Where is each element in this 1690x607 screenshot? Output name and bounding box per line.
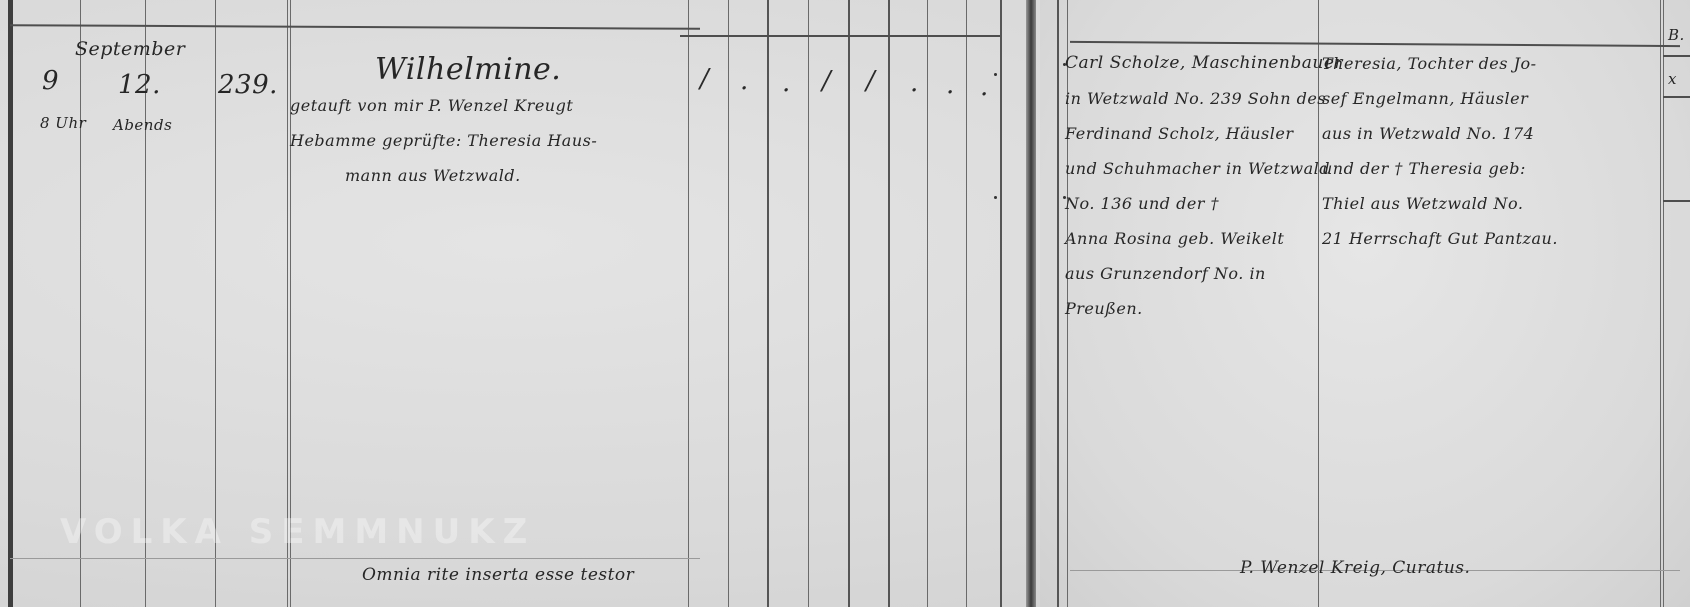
mother-line: 21 Herrschaft Gut Pantzau. bbox=[1322, 221, 1558, 256]
register-scan: VOLKA SEMMNUKZ September 9 8 Uhr 12. Abe… bbox=[0, 0, 1690, 607]
father-line: aus Grunzendorf No. in bbox=[1065, 256, 1343, 291]
month-label: September bbox=[75, 38, 185, 60]
father-line: Anna Rosina geb. Weikelt bbox=[1065, 221, 1343, 256]
column-rule bbox=[1057, 0, 1059, 607]
header-rule bbox=[680, 35, 1000, 37]
father-line: Ferdinand Scholz, Häusler bbox=[1065, 116, 1343, 151]
father-entry: Carl Scholze, Maschinenbauer in Wetzwald… bbox=[1065, 46, 1343, 326]
father-line: No. 136 und der † bbox=[1065, 186, 1343, 221]
column-mark: . bbox=[980, 72, 988, 102]
baptism-note-line: mann aus Wetzwald. bbox=[290, 158, 597, 193]
column-mark: / bbox=[866, 66, 875, 96]
margin-rule bbox=[1663, 200, 1690, 202]
book-gutter bbox=[1026, 0, 1036, 607]
column-mark: . bbox=[946, 70, 954, 100]
baptism-day: 12. bbox=[118, 70, 161, 100]
column-rule bbox=[728, 0, 729, 607]
column-rule bbox=[688, 0, 689, 607]
column-rule bbox=[966, 0, 967, 607]
father-line: Carl Scholze, Maschinenbauer bbox=[1065, 46, 1343, 81]
column-mark: . bbox=[782, 68, 790, 98]
left-margin-rule bbox=[8, 0, 13, 607]
child-name: Wilhelmine. bbox=[375, 52, 561, 87]
father-line: in Wetzwald No. 239 Sohn des bbox=[1065, 81, 1343, 116]
attestation-text: Omnia rite inserta esse testor bbox=[362, 565, 634, 585]
column-rule bbox=[927, 0, 928, 607]
baptism-note: getauft von mir P. Wenzel Kreugt Hebamme… bbox=[290, 88, 597, 193]
ink-speck bbox=[1063, 196, 1066, 199]
ink-speck bbox=[1063, 63, 1066, 66]
baptism-note-line: getauft von mir P. Wenzel Kreugt bbox=[290, 88, 597, 123]
column-rule bbox=[1663, 0, 1664, 607]
mother-entry: Theresia, Tochter des Jo- sef Engelmann,… bbox=[1322, 46, 1558, 256]
column-rule bbox=[1660, 0, 1661, 607]
column-rule bbox=[888, 0, 890, 607]
birth-time: 8 Uhr bbox=[40, 114, 86, 132]
baptism-time: Abends bbox=[113, 116, 172, 134]
mother-line: und der † Theresia geb: bbox=[1322, 151, 1558, 186]
ink-speck bbox=[994, 73, 997, 76]
margin-rule bbox=[1663, 55, 1690, 57]
mother-line: Thiel aus Wetzwald No. bbox=[1322, 186, 1558, 221]
archive-watermark: VOLKA SEMMNUKZ bbox=[60, 512, 535, 552]
father-line: und Schuhmacher in Wetzwald bbox=[1065, 151, 1343, 186]
mother-line: aus in Wetzwald No. 174 bbox=[1322, 116, 1558, 151]
father-line: Preußen. bbox=[1065, 291, 1343, 326]
mother-line: sef Engelmann, Häusler bbox=[1322, 81, 1558, 116]
house-number: 239. bbox=[218, 70, 278, 100]
curate-signature: P. Wenzel Kreig, Curatus. bbox=[1240, 558, 1470, 578]
column-mark: . bbox=[910, 68, 918, 98]
margin-rule bbox=[1663, 96, 1690, 98]
baptism-note-line: Hebamme geprüfte: Theresia Haus- bbox=[290, 123, 597, 158]
column-mark: . bbox=[740, 66, 748, 96]
footer-rule bbox=[10, 558, 700, 559]
birth-day: 9 bbox=[42, 66, 59, 96]
margin-mark: B. bbox=[1668, 26, 1685, 44]
column-rule bbox=[767, 0, 769, 607]
column-mark: / bbox=[700, 64, 709, 94]
column-rule bbox=[1000, 0, 1002, 607]
header-rule bbox=[10, 24, 700, 30]
column-mark: / bbox=[822, 66, 831, 96]
mother-line: Theresia, Tochter des Jo- bbox=[1322, 46, 1558, 81]
column-rule bbox=[808, 0, 809, 607]
margin-mark: x bbox=[1668, 70, 1677, 88]
ink-speck bbox=[994, 196, 997, 199]
column-rule bbox=[848, 0, 850, 607]
